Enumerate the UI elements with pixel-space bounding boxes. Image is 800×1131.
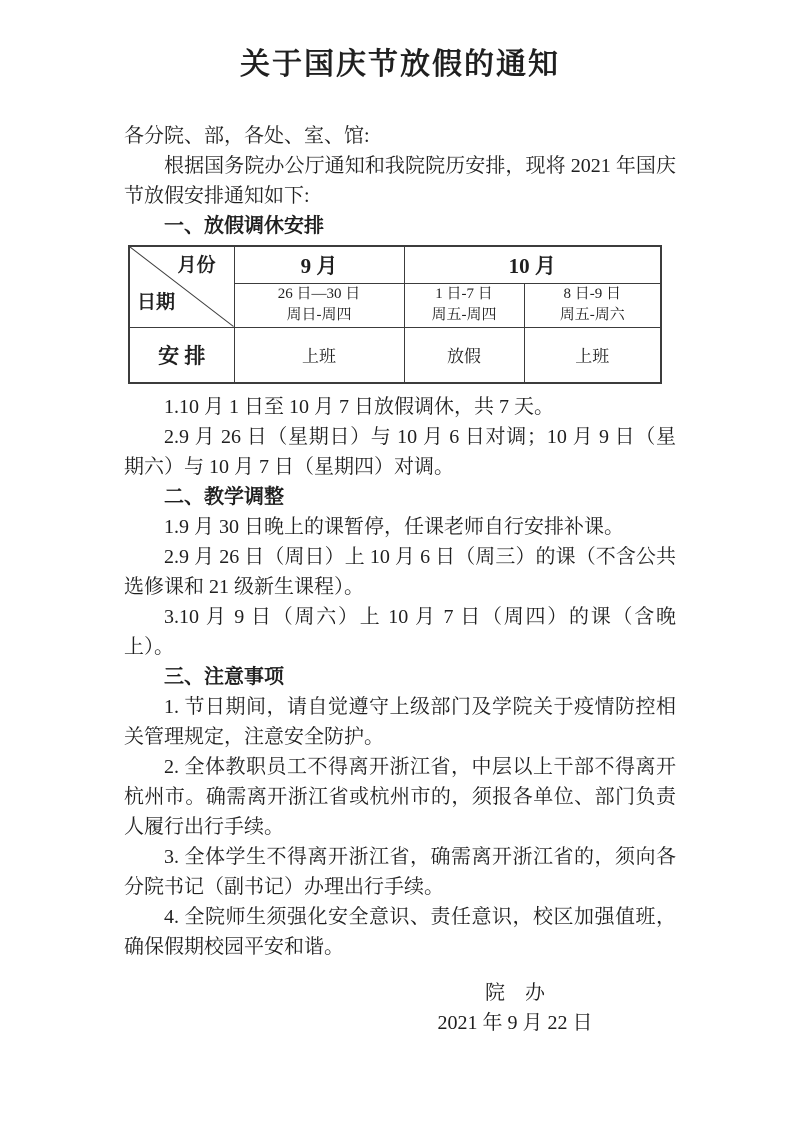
section3-item-3: 3. 全体学生不得离开浙江省，确需离开浙江省的，须向各分院书记（副书记）办理出行… — [124, 842, 676, 902]
section1-item-2: 2.9 月 26 日（星期日）与 10 月 6 日对调；10 月 9 日（星期六… — [124, 422, 676, 482]
arrange-label-cell: 安 排 — [129, 327, 234, 383]
table-corner-cell: 月份 日期 — [129, 246, 234, 327]
holiday-schedule-table: 月份 日期 9 月 10 月 26 日—30 日 周日-周四 1 日-7 日 周… — [128, 245, 662, 384]
period-dates: 1 日-7 日 — [405, 284, 524, 305]
signature-block: 院 办 2021 年 9 月 22 日 — [405, 978, 625, 1038]
intro-paragraph: 根据国务院办公厅通知和我院院历安排，现将 2021 年国庆节放假安排通知如下: — [124, 151, 676, 211]
section2-heading: 二、教学调整 — [124, 482, 676, 512]
notice-title: 关于国庆节放假的通知 — [124, 45, 676, 85]
arrangement-cell-sep: 上班 — [234, 327, 404, 383]
section3-item-2: 2. 全体教职员工不得离开浙江省，中层以上干部不得离开杭州市。确需离开浙江省或杭… — [124, 752, 676, 842]
section1-item-1: 1.10 月 1 日至 10 月 7 日放假调休，共 7 天。 — [124, 392, 676, 422]
section3-item-4: 4. 全院师生须强化安全意识、责任意识，校区加强值班，确保假期校园平安和谐。 — [124, 902, 676, 962]
period-days: 周日-周四 — [235, 305, 404, 326]
salutation: 各分院、部，各处、室、馆: — [124, 121, 676, 151]
signature-date: 2021 年 9 月 22 日 — [405, 1008, 625, 1038]
period-days: 周五-周六 — [525, 305, 661, 326]
corner-label-date: 日期 — [137, 287, 175, 314]
arrangement-cell-oct-holiday: 放假 — [404, 327, 524, 383]
period-cell-oct8-9: 8 日-9 日 周五-周六 — [524, 283, 661, 327]
month-cell-september: 9 月 — [234, 246, 404, 283]
section2-item-2: 2.9 月 26 日（周日）上 10 月 6 日（周三）的课（不含公共选修课和 … — [124, 542, 676, 602]
period-dates: 8 日-9 日 — [525, 284, 661, 305]
section3-item-1: 1. 节日期间，请自觉遵守上级部门及学院关于疫情防控相关管理规定，注意安全防护。 — [124, 692, 676, 752]
period-days: 周五-周四 — [405, 305, 524, 326]
period-dates: 26 日—30 日 — [235, 284, 404, 305]
arrangement-cell-oct-work: 上班 — [524, 327, 661, 383]
section1-heading: 一、放假调休安排 — [124, 211, 676, 241]
notice-page: 关于国庆节放假的通知 各分院、部，各处、室、馆: 根据国务院办公厅通知和我院院历… — [0, 0, 800, 1131]
section2-item-3: 3.10 月 9 日（周六）上 10 月 7 日（周四）的课（含晚上）。 — [124, 602, 676, 662]
period-cell-oct1-7: 1 日-7 日 周五-周四 — [404, 283, 524, 327]
corner-label-month: 月份 — [177, 250, 215, 277]
signer-name: 院 办 — [405, 978, 625, 1008]
month-cell-october: 10 月 — [404, 246, 661, 283]
section3-heading: 三、注意事项 — [124, 662, 676, 692]
period-cell-sep26-30: 26 日—30 日 周日-周四 — [234, 283, 404, 327]
section2-item-1: 1.9 月 30 日晚上的课暂停，任课老师自行安排补课。 — [124, 512, 676, 542]
